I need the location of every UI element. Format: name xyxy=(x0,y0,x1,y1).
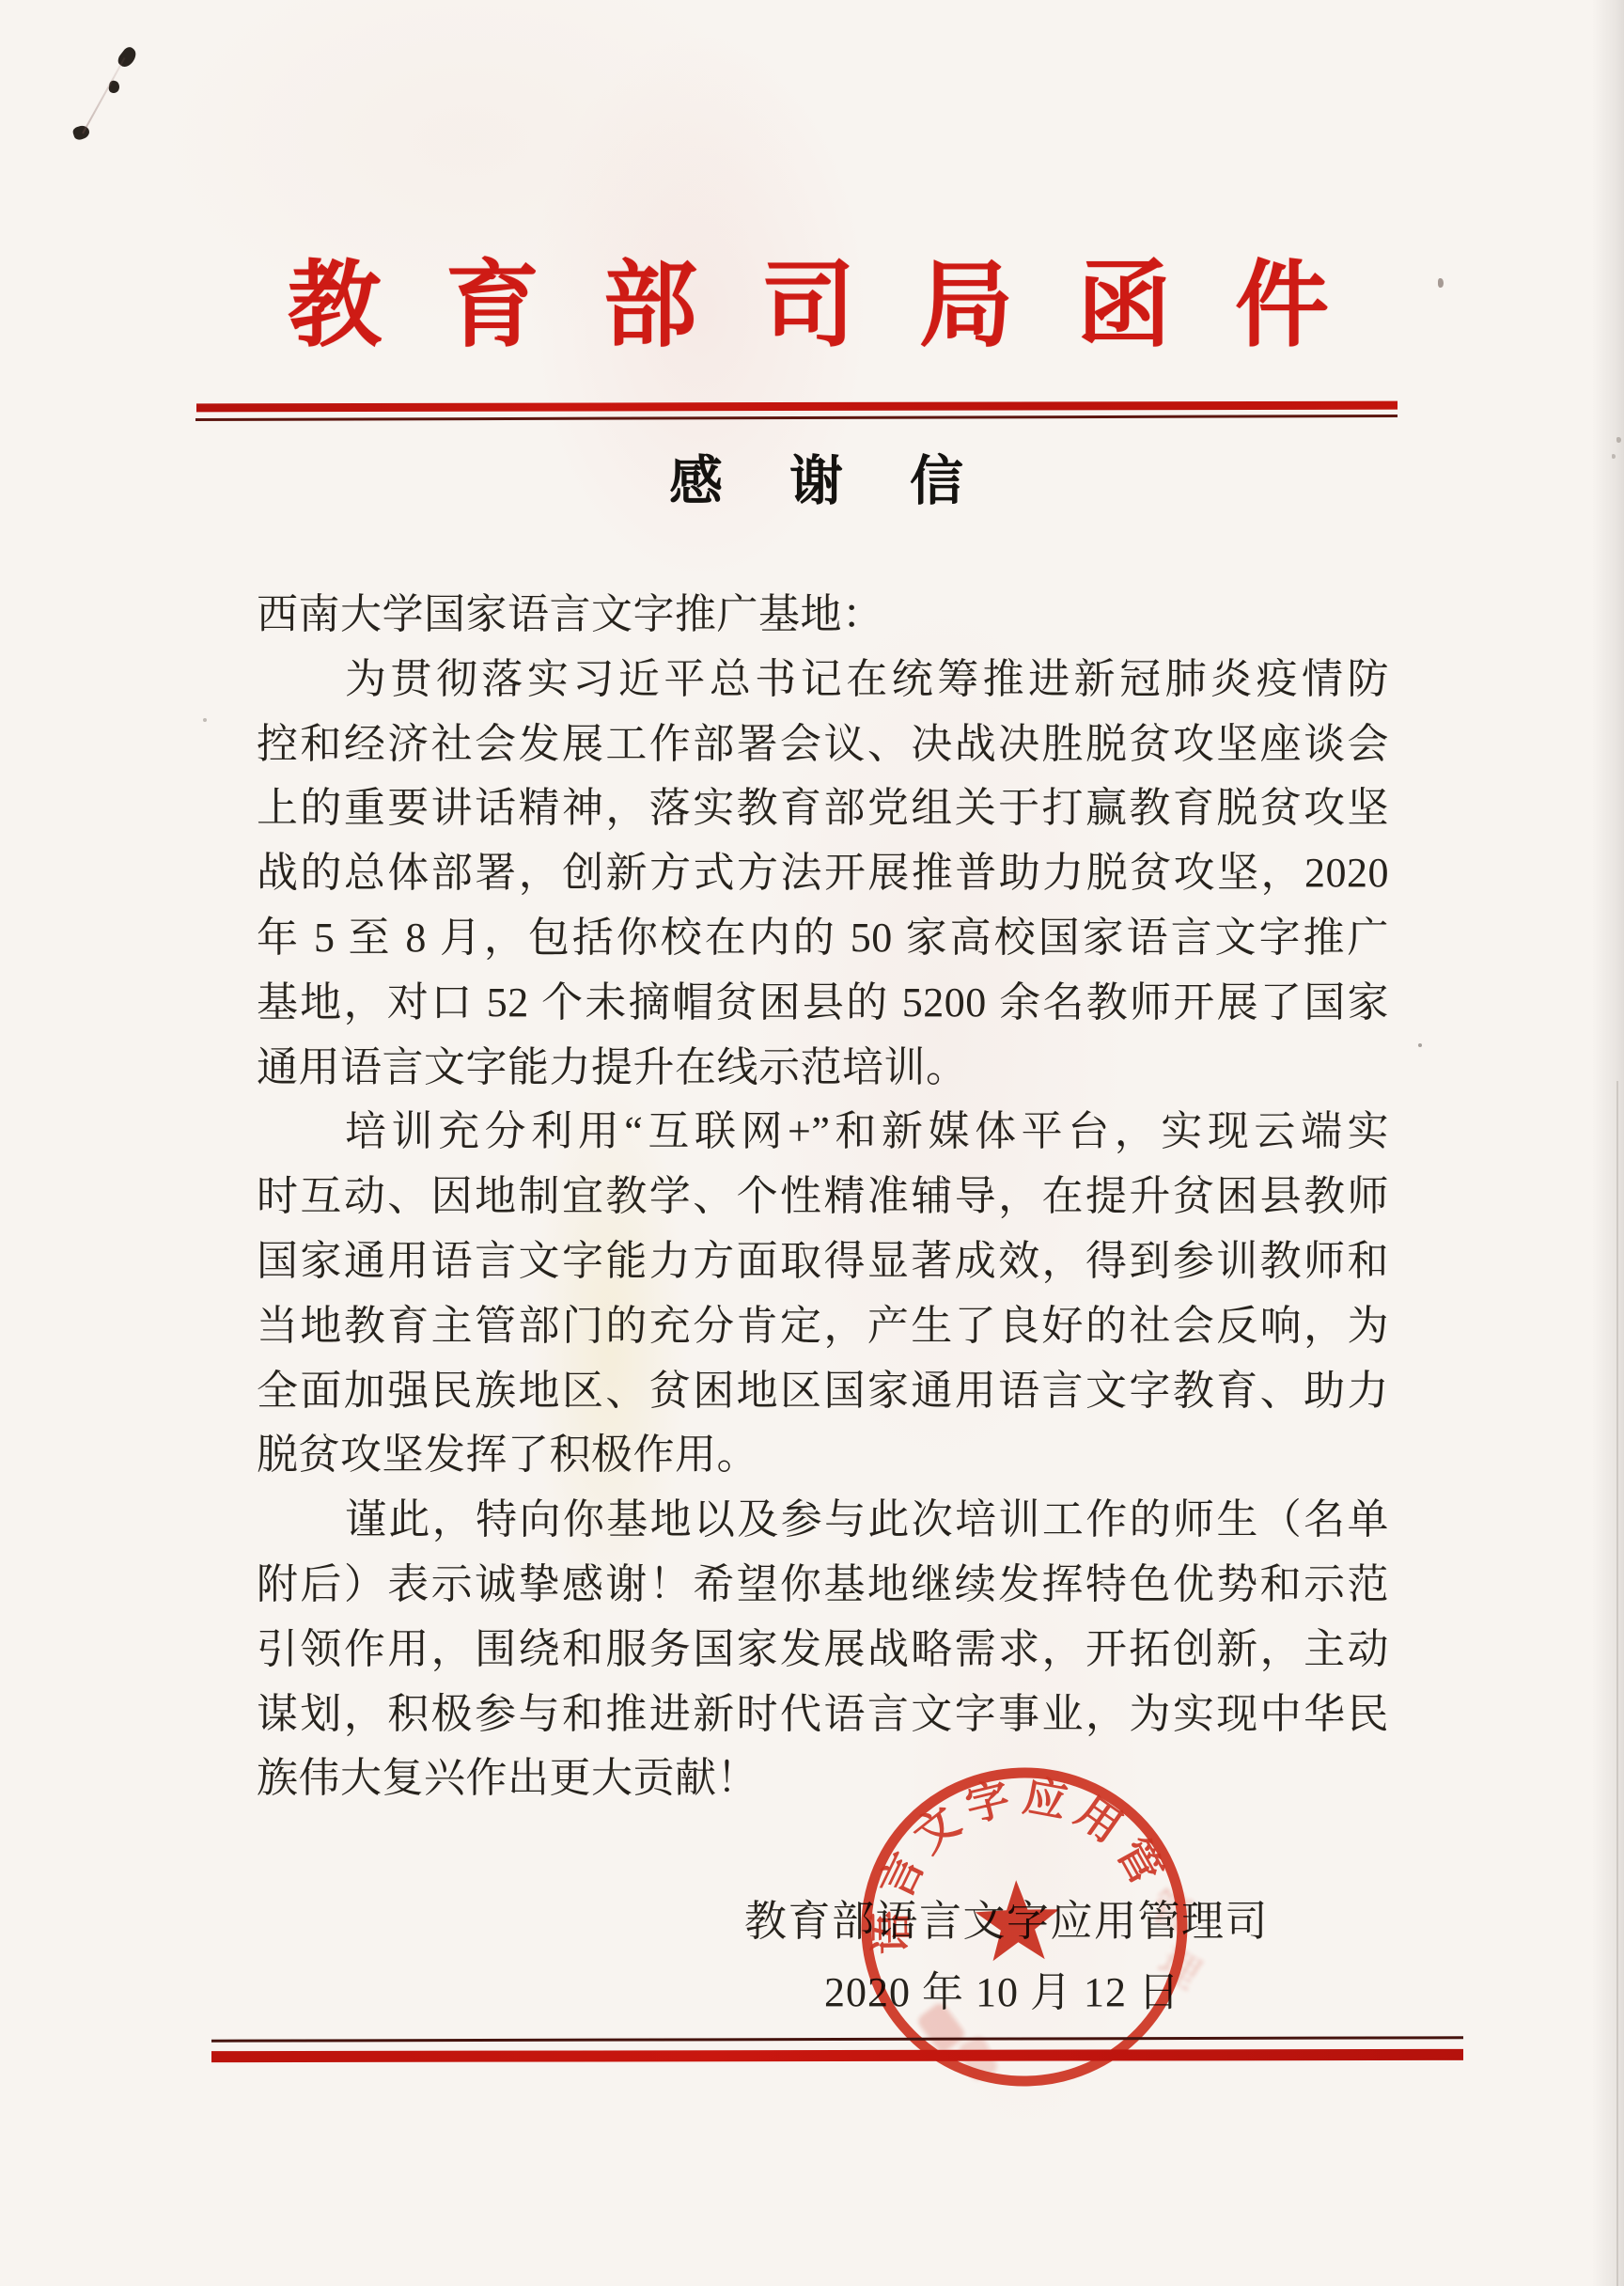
letter-body: 西南大学国家语言文字推广基地： 为贯彻落实习近平总书记在统筹推进新冠肺炎疫情防 … xyxy=(257,583,1389,1811)
body-line: 附后）表示诚挚感谢！希望你基地继续发挥特色优势和示范 xyxy=(257,1553,1389,1618)
body-line: 时互动、因地制宜教学、个性精准辅导，在提升贫困县教师 xyxy=(257,1165,1389,1229)
body-line: 通用语言文字能力提升在线示范培训。 xyxy=(257,1036,1389,1101)
star-icon xyxy=(974,1879,1060,1962)
seal-ghost-char: 理 xyxy=(1150,1940,1207,1997)
letterhead-title: 教育部司局函件 xyxy=(288,259,1393,353)
footer-rule-thick xyxy=(211,2049,1463,2062)
body-line: 谨此，特向你基地以及参与此次培训工作的师生（名单 xyxy=(257,1488,1389,1553)
ink-speck xyxy=(1612,454,1616,459)
body-line: 族伟大复兴作出更大贡献！ xyxy=(257,1746,1389,1811)
body-line: 战的总体部署，创新方式方法开展推普助力脱贫攻坚，2020 xyxy=(257,841,1389,906)
body-line: 控和经济社会发展工作部署会议、决战决胜脱贫攻坚座谈会 xyxy=(257,712,1389,777)
ink-speck xyxy=(1438,278,1444,288)
scan-edge-line xyxy=(1616,1081,1618,2286)
body-line: 上的重要讲话精神，落实教育部党组关于打赢教育脱贫攻坚 xyxy=(257,776,1389,841)
ink-speck xyxy=(1418,1043,1422,1047)
seal-ghost-char: 管 xyxy=(1144,1885,1196,1939)
ink-speck xyxy=(1616,437,1621,443)
body-line: 脱贫攻坚发挥了积极作用。 xyxy=(257,1423,1389,1488)
body-line: 年 5 至 8 月，包括你校在内的 50 家高校国家语言文字推广 xyxy=(257,906,1389,971)
body-line: 当地教育主管部门的充分肯定，产生了良好的社会反响，为 xyxy=(257,1294,1389,1359)
letter-title: 感谢信 xyxy=(669,455,1030,509)
salutation: 西南大学国家语言文字推广基地： xyxy=(257,583,1389,648)
body-line: 国家通用语言文字能力方面取得显著成效，得到参训教师和 xyxy=(257,1229,1389,1294)
body-line: 培训充分利用“互联网+”和新媒体平台，实现云端实 xyxy=(257,1100,1389,1165)
body-line: 基地，对口 52 个未摘帽贫困县的 5200 余名教师开展了国家 xyxy=(257,971,1389,1036)
ink-speck xyxy=(203,718,207,722)
body-line: 全面加强民族地区、贫困地区国家通用语言文字教育、助力 xyxy=(257,1359,1389,1424)
body-line: 为贯彻落实习近平总书记在统筹推进新冠肺炎疫情防 xyxy=(257,648,1389,712)
body-line: 谋划，积极参与和推进新时代语言文字事业，为实现中华民 xyxy=(257,1683,1389,1747)
body-line: 引领作用，围绕和服务国家发展战略需求，开拓创新，主动 xyxy=(257,1618,1389,1683)
